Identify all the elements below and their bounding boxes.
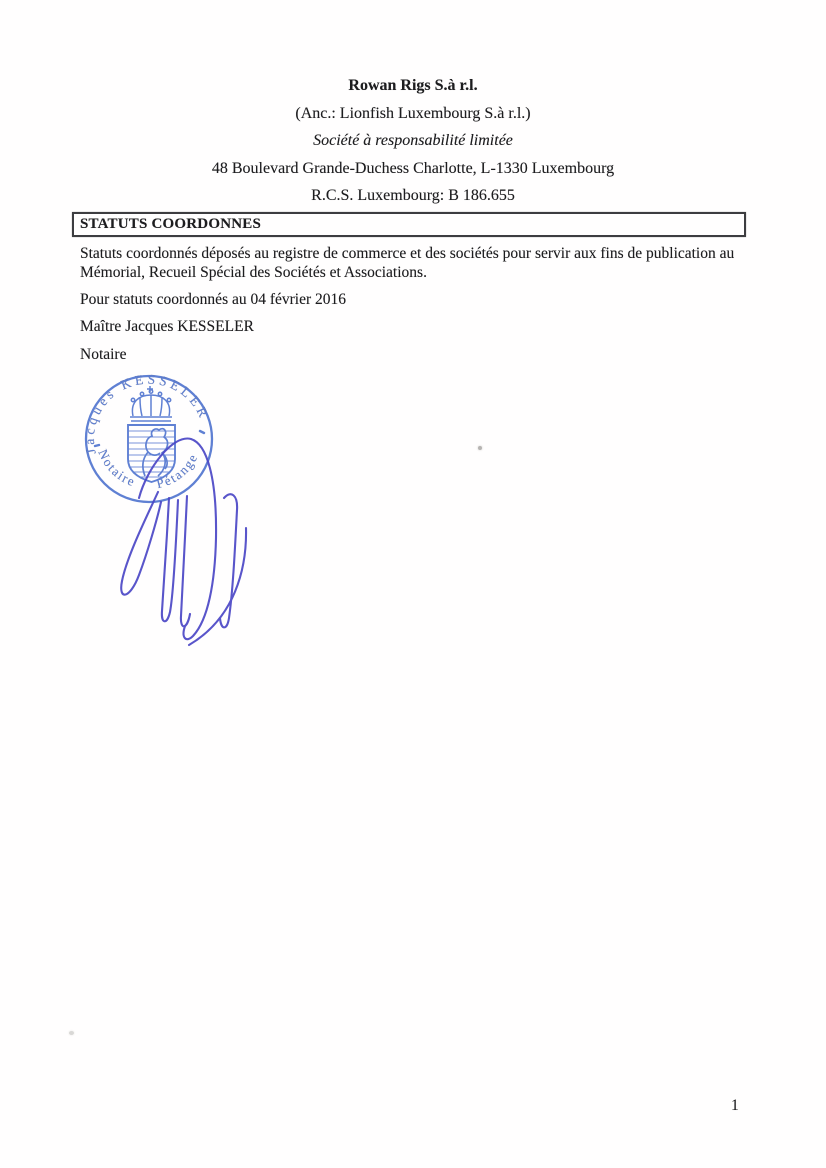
legal-form: Société à responsabilité limitée: [0, 127, 826, 155]
registry-number: R.C.S. Luxembourg: B 186.655: [0, 182, 826, 210]
crown-icon: [130, 386, 172, 421]
section-heading: STATUTS COORDONNES: [80, 216, 261, 232]
deposit-paragraph: Statuts coordonnés déposés au registre d…: [80, 245, 748, 282]
stamp-bottom-text-left: Notaire: [95, 447, 138, 490]
deposit-line-1: Statuts coordonnés déposés au registre d…: [80, 245, 748, 264]
company-address: 48 Boulevard Grande-Duchess Charlotte, L…: [0, 155, 826, 183]
document-header: Rowan Rigs S.à r.l. (Anc.: Lionfish Luxe…: [0, 72, 826, 210]
stamp-signature-svg: Jacques KESSELER Notaire Pétange: [75, 368, 275, 658]
notary-name: Maître Jacques KESSELER: [80, 318, 748, 336]
notary-stamp-and-signature: Jacques KESSELER Notaire Pétange: [75, 368, 275, 658]
scan-speck: [478, 446, 482, 450]
company-name: Rowan Rigs S.à r.l.: [0, 72, 826, 100]
scan-speck: [69, 1031, 74, 1035]
notary-stamp-icon: Jacques KESSELER Notaire Pétange: [82, 371, 213, 502]
document-page: Rowan Rigs S.à r.l. (Anc.: Lionfish Luxe…: [0, 0, 826, 1168]
deposit-line-2: Mémorial, Recueil Spécial des Sociétés e…: [80, 264, 748, 283]
notary-title: Notaire: [80, 346, 748, 364]
luxembourg-shield-icon: [128, 425, 175, 482]
former-company-name: (Anc.: Lionfish Luxembourg S.à r.l.): [0, 100, 826, 128]
coordination-date-line: Pour statuts coordonnés au 04 février 20…: [80, 291, 748, 309]
page-number: 1: [731, 1097, 739, 1115]
section-heading-box: STATUTS COORDONNES: [72, 212, 746, 237]
